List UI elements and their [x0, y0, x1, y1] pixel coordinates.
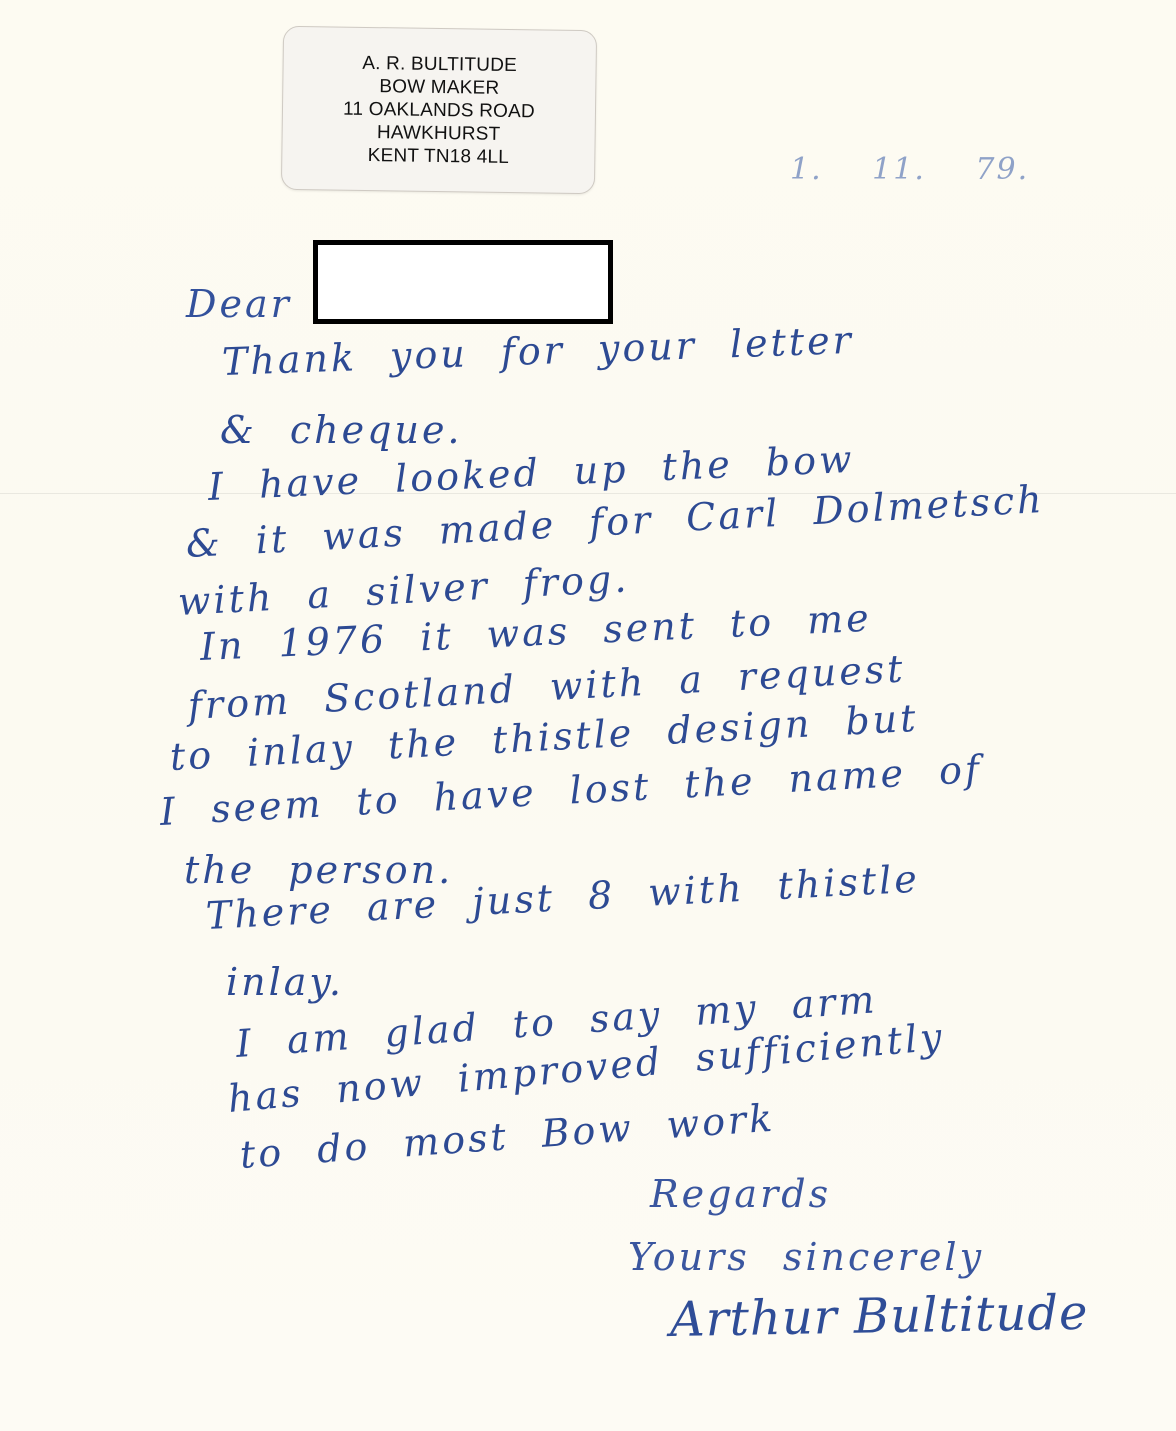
- body-line: Thank you for your letter: [221, 318, 854, 384]
- letter-paper: A. R. BULTITUDE BOW MAKER 11 OAKLANDS RO…: [0, 0, 1176, 1431]
- label-town: HAWKHURST: [377, 121, 501, 146]
- body-line: & cheque.: [220, 408, 463, 452]
- salutation: Dear: [186, 282, 292, 326]
- label-county-postcode: KENT TN18 4LL: [368, 144, 510, 169]
- label-name: A. R. BULTITUDE: [362, 51, 517, 76]
- label-street: 11 OAKLANDS ROAD: [343, 97, 535, 123]
- address-label: A. R. BULTITUDE BOW MAKER 11 OAKLANDS RO…: [281, 26, 597, 194]
- recipient-redaction-box: [313, 240, 613, 324]
- letter-date: 1. 11. 79.: [790, 152, 1029, 187]
- label-occupation: BOW MAKER: [379, 75, 499, 100]
- closing-valediction: Yours sincerely: [628, 1235, 984, 1279]
- body-line: inlay.: [226, 960, 344, 1004]
- signature: Arthur Bultitude: [670, 1285, 1089, 1348]
- closing-regards: Regards: [650, 1172, 831, 1216]
